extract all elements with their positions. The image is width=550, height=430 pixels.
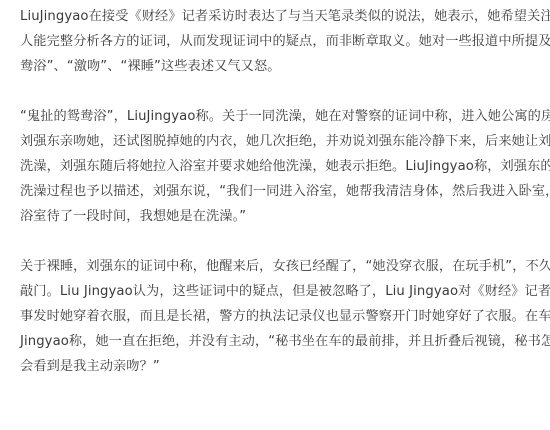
text-line: 刘强东亲吻她，还试图脱掉她的内衣，她几次拒绝，并劝说刘强东能冷静下来，后来她让刘…	[20, 129, 535, 154]
text-line: 会看到是我主动亲吻？”	[20, 354, 535, 379]
text-line: 事发时她穿着衣服，而且是长裙，警方的执法记录仪也显示警察开门时她穿好了衣服。在车…	[20, 304, 535, 329]
text-line: 鸯浴”、“激吻”、“裸睡”这些表述又气又怒。	[20, 54, 535, 79]
text-line: Jingyao称，她一直在拒绝，并没有主动，“秘书坐在车的最前排，并且折叠后视镜…	[20, 329, 535, 354]
paragraph-1: LiuJingyao在接受《财经》记者采访时表达了与当天笔录类似的说法，她表示，…	[20, 4, 535, 79]
text-line: LiuJingyao在接受《财经》记者采访时表达了与当天笔录类似的说法，她表示，…	[20, 4, 535, 29]
text-line: “鬼扯的鸳鸯浴”，LiuJingyao称。关于一同洗澡，她在对警察的证词中称，进…	[20, 104, 535, 129]
text-line: 洗澡，刘强东随后将她拉入浴室并要求她给他洗澡，她表示拒绝。LiuJingyao称…	[20, 154, 535, 179]
paragraph-2: “鬼扯的鸳鸯浴”，LiuJingyao称。关于一同洗澡，她在对警察的证词中称，进…	[20, 104, 535, 229]
article-body: LiuJingyao在接受《财经》记者采访时表达了与当天笔录类似的说法，她表示，…	[20, 4, 535, 379]
text-line: 洗澡过程也予以描述，刘强东说，“我们一同进入浴室，她帮我清洁身体，然后我进入卧室…	[20, 179, 535, 204]
text-line: 关于裸睡，刘强东的证词中称，他醒来后，女孩已经醒了，“她没穿衣服，在玩手机”，不…	[20, 254, 535, 279]
paragraph-3: 关于裸睡，刘强东的证词中称，他醒来后，女孩已经醒了，“她没穿衣服，在玩手机”，不…	[20, 254, 535, 379]
text-line: 敲门。Liu Jingyao认为，这些证词中的疑点，但是被忽略了，Liu Jin…	[20, 279, 535, 304]
text-line: 浴室待了一段时间，我想她是在洗澡。”	[20, 204, 535, 229]
text-line: 人能完整分析各方的证词，从而发现证词中的疑点，而非断章取义。她对一些报道中所提及…	[20, 29, 535, 54]
